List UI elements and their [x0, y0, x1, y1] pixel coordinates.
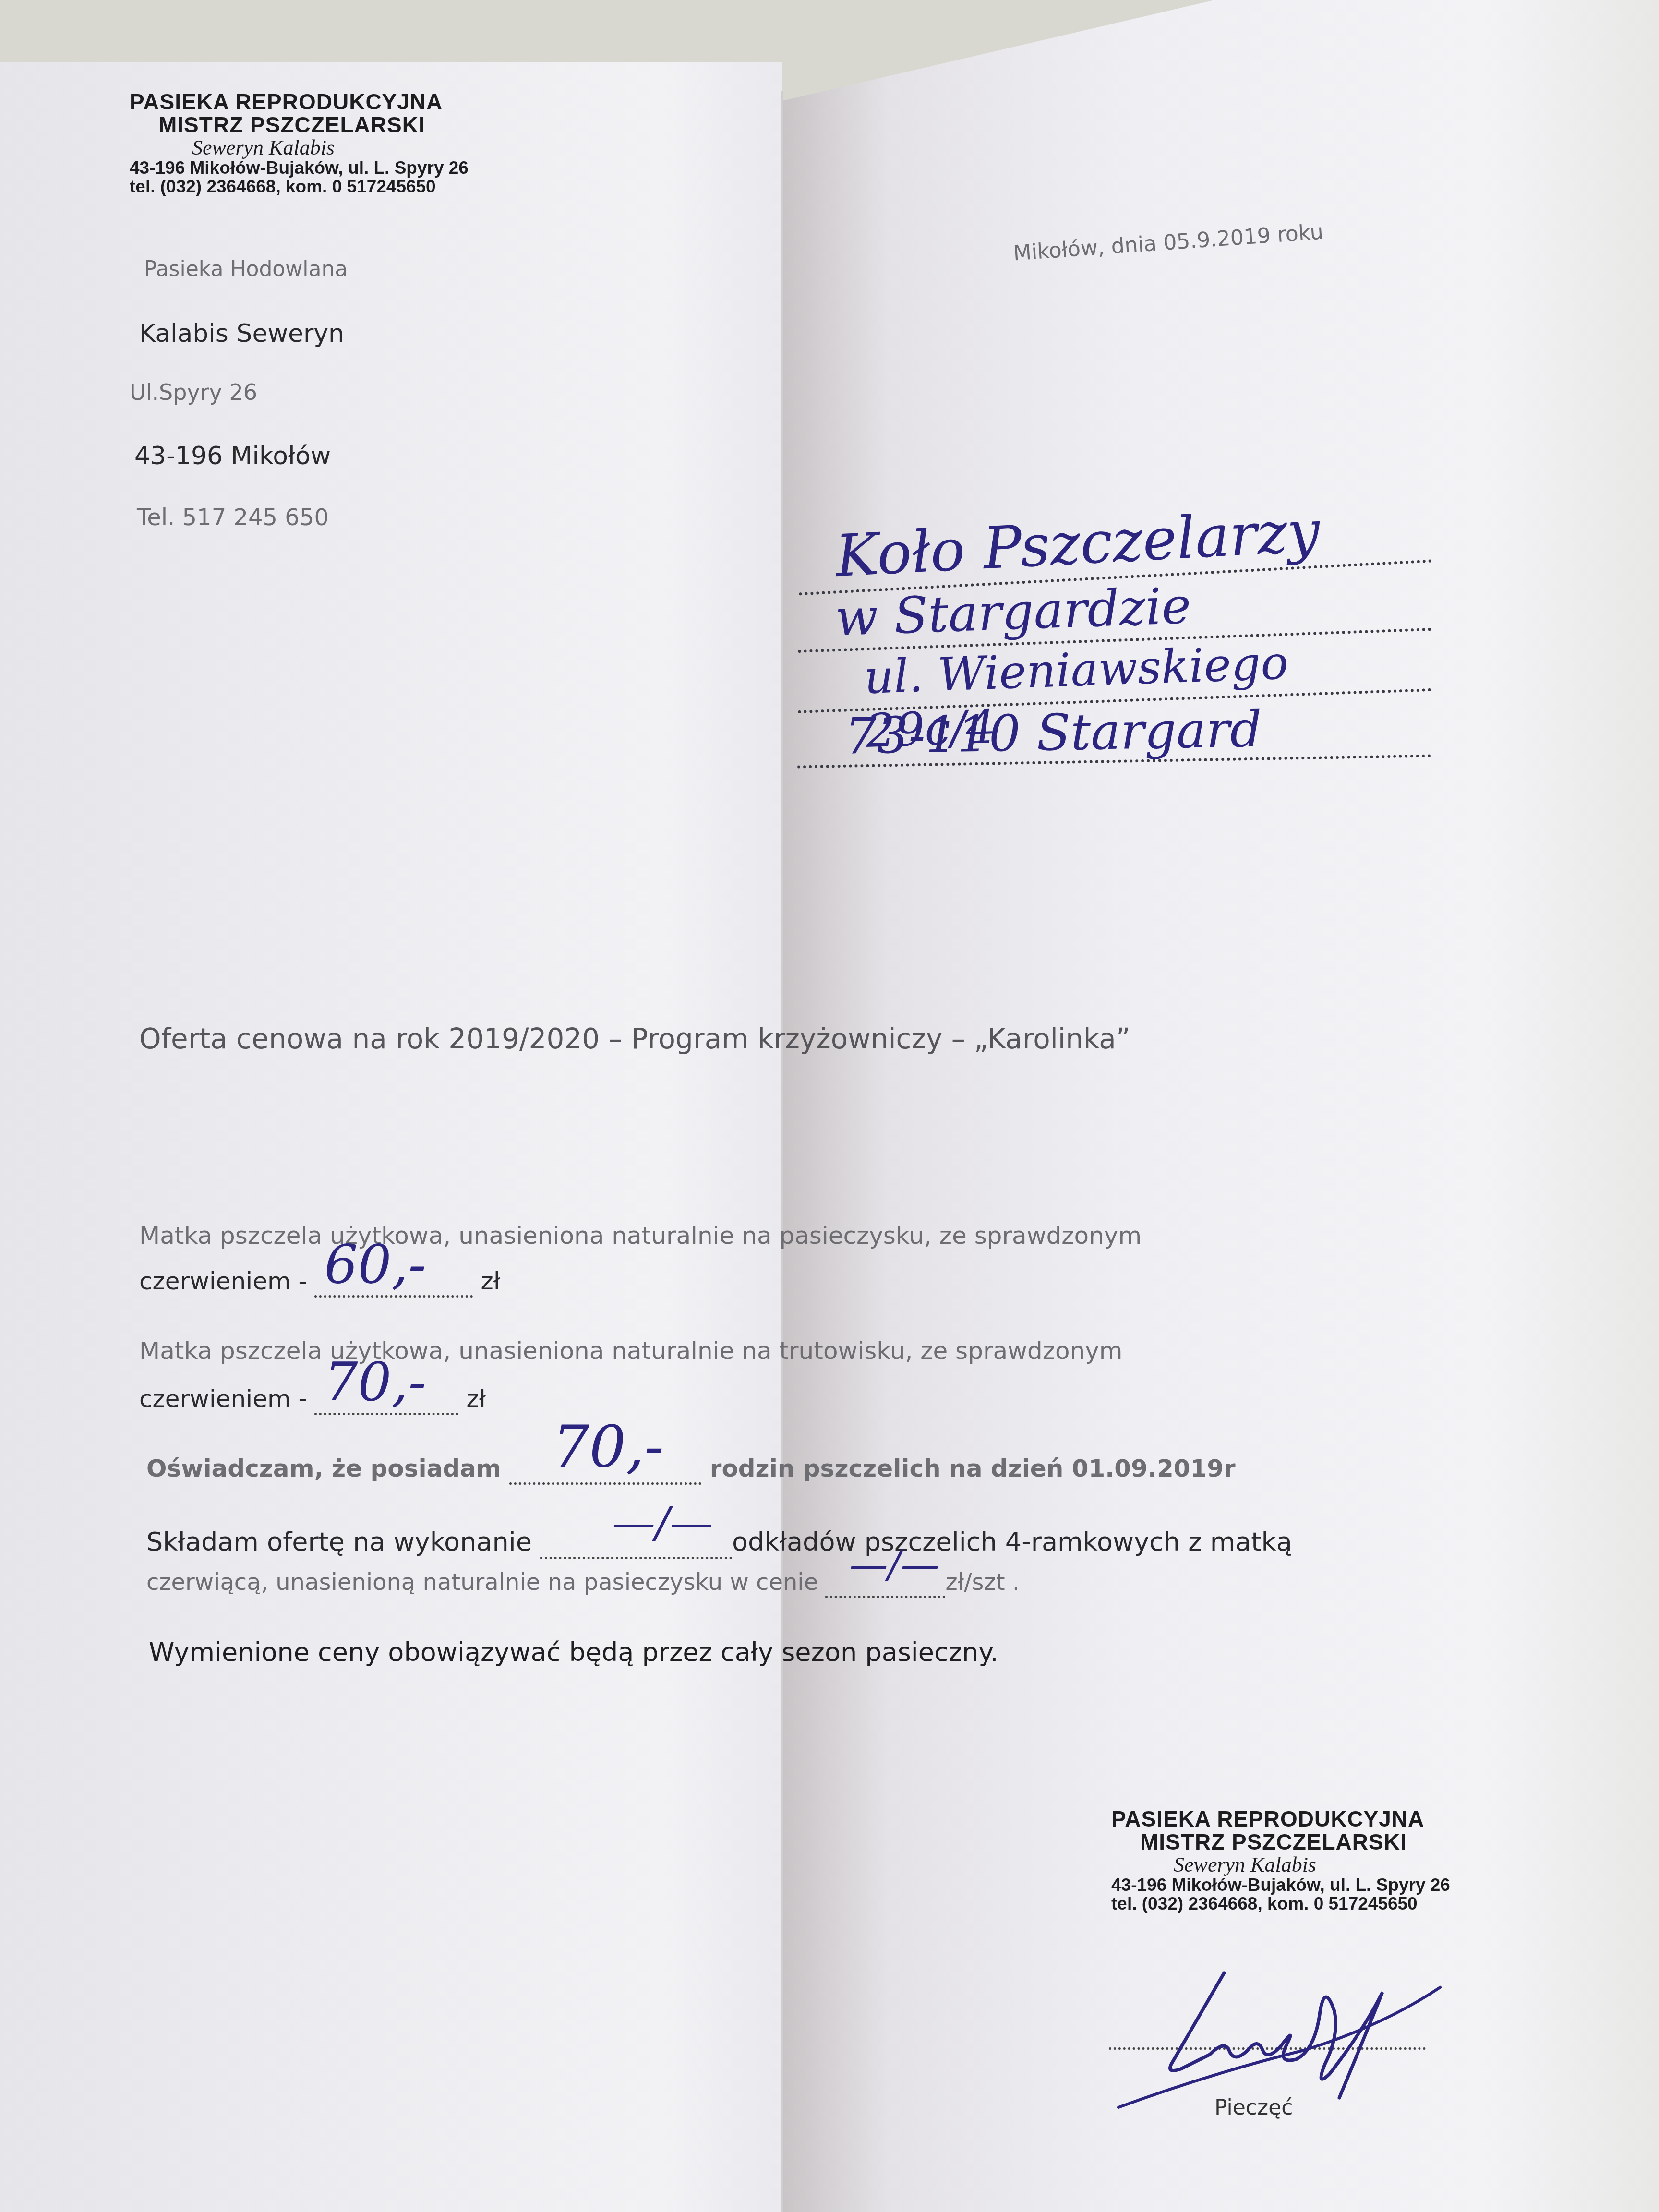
sender-phone: Tel. 517 245 650: [137, 504, 329, 531]
declaration-line: Oświadczam, że posiadam 70,- rodzin pszc…: [146, 1455, 1236, 1485]
item-2-price-prefix: czerwieniem -: [139, 1385, 314, 1413]
stamp-line-4: 43-196 Mikołów-Bujaków, ul. L. Spyry 26: [130, 159, 469, 178]
sender-street: Ul.Spyry 26: [130, 379, 257, 405]
signature-icon: [1114, 1954, 1479, 2117]
offer-count-handwritten: —/—: [612, 1498, 713, 1548]
offer-line-2-prefix: czerwiącą, unasienioną naturalnie na pas…: [146, 1569, 825, 1596]
stamp-top: PASIEKA REPRODUKCYJNA MISTRZ PSZCZELARSK…: [130, 90, 469, 196]
validity-note: Wymienione ceny obowiązywać będą przez c…: [149, 1637, 998, 1667]
paper-fold: [781, 91, 783, 2212]
stamp-bottom-line-4: 43-196 Mikołów-Bujaków, ul. L. Spyry 26: [1111, 1876, 1450, 1895]
offer-suffix: odkładów pszczelich 4-ramkowych z matką: [732, 1527, 1292, 1557]
offer-line-1: Składam ofertę na wykonanie —/— odkładów…: [146, 1527, 1292, 1559]
stamp-bottom-line-2: MISTRZ PSZCZELARSKI: [1111, 1830, 1450, 1853]
item-1-price-handwritten: 60,-: [324, 1234, 426, 1295]
stamp-line-2: MISTRZ PSZCZELARSKI: [130, 113, 469, 136]
stamp-bottom-line-1: PASIEKA REPRODUKCYJNA: [1111, 1807, 1450, 1830]
sender-city: 43-196 Mikołów: [134, 442, 331, 470]
stamp-bottom-line-5: tel. (032) 2364668, kom. 0 517245650: [1111, 1895, 1450, 1913]
recipient-block: Koło Pszczelarzy w Stargardzie ul. Wieni…: [797, 509, 1431, 763]
stamp-line-3: Seweryn Kalabis: [130, 137, 469, 159]
offer-price-handwritten: —/—: [849, 1542, 939, 1587]
offer-line-2: czerwiącą, unasienioną naturalnie na pas…: [146, 1569, 1020, 1598]
declaration-count-handwritten: 70,-: [553, 1414, 663, 1480]
item-1-text: Matka pszczela użytkowa, unasieniona nat…: [139, 1222, 1142, 1250]
stamp-line-5: tel. (032) 2364668, kom. 0 517245650: [130, 178, 469, 196]
item-1-price-line: czerwieniem - 60,- zł: [139, 1267, 500, 1298]
signature-label: Pieczęć: [1214, 2095, 1293, 2120]
stamp-line-1: PASIEKA REPRODUKCYJNA: [130, 90, 469, 113]
stamp-bottom-line-3: Seweryn Kalabis: [1111, 1854, 1450, 1876]
item-1-unit: zł: [481, 1267, 500, 1295]
item-2-price-line: czerwieniem - 70,- zł: [139, 1385, 486, 1415]
item-2-text: Matka pszczela użytkowa, unasieniona nat…: [139, 1337, 1123, 1365]
declaration-prefix: Oświadczam, że posiadam: [146, 1455, 509, 1482]
item-2-unit: zł: [466, 1385, 485, 1413]
paper-left-half: [0, 62, 782, 2212]
stamp-bottom: PASIEKA REPRODUKCYJNA MISTRZ PSZCZELARSK…: [1111, 1807, 1450, 1913]
item-1-price-prefix: czerwieniem -: [139, 1267, 314, 1295]
declaration-suffix: rodzin pszczelich na dzień 01.09.2019r: [710, 1455, 1236, 1482]
offer-line-2-suffix: zł/szt .: [945, 1569, 1020, 1596]
item-2-price-handwritten: 70,-: [324, 1351, 426, 1413]
sender-name: Kalabis Seweryn: [139, 319, 344, 348]
offer-title: Oferta cenowa na rok 2019/2020 – Program…: [139, 1022, 1130, 1055]
offer-prefix: Składam ofertę na wykonanie: [146, 1527, 540, 1557]
sender-line-1: Pasieka Hodowlana: [144, 257, 348, 281]
recipient-line-4: 73-110 Stargard: [796, 697, 1431, 768]
